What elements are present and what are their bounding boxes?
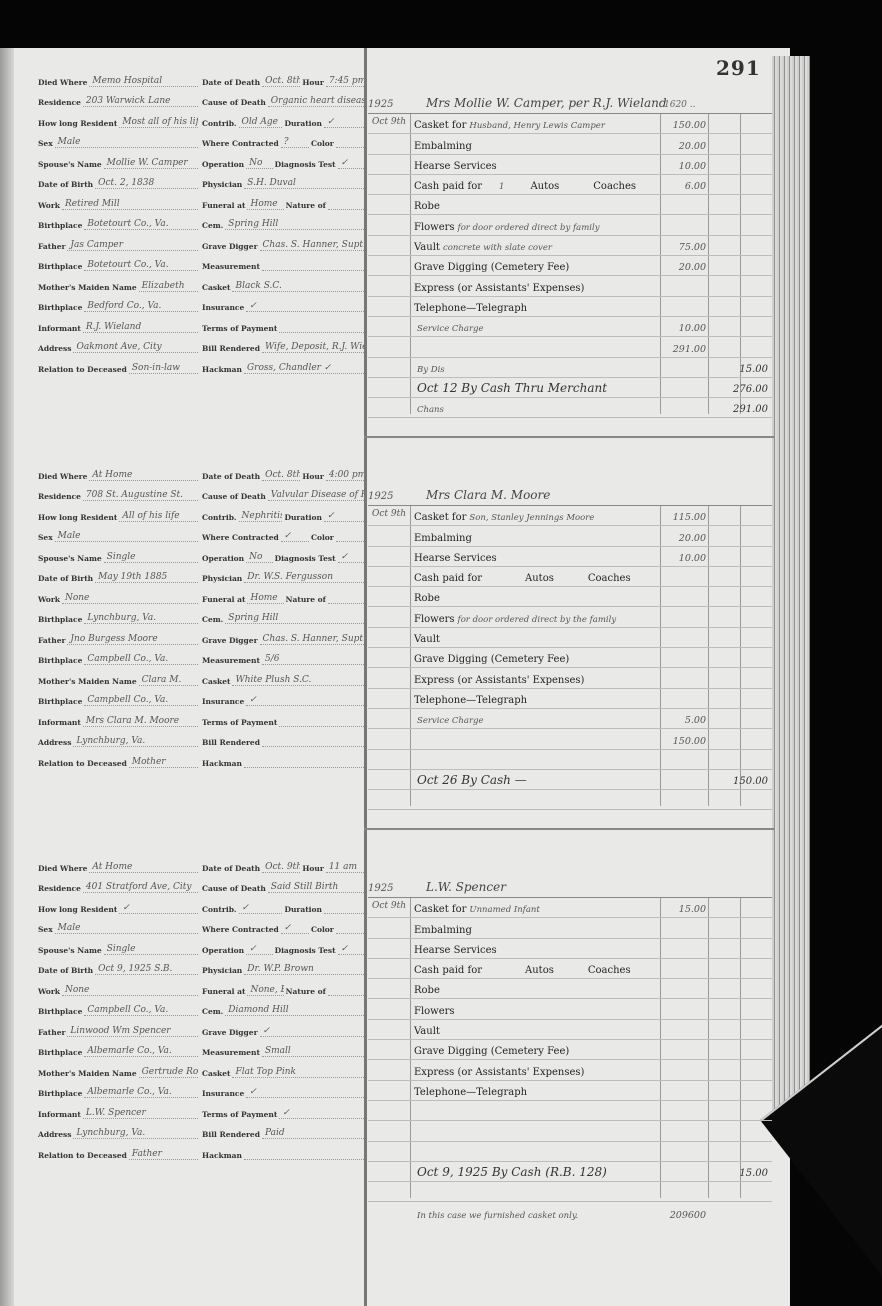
field-label: Informant [38,324,81,333]
field-label: Insurance [202,1089,244,1098]
field-value-grave-digger: Chas. S. Hanner, Supt. [260,634,364,645]
field-label: Terms of Payment [202,324,277,333]
item-label: Cash paid for [414,573,482,584]
ledger-item: Service Charge [414,323,484,334]
item-label: Vault [414,242,440,253]
charge-amount: 10.00 [658,553,706,564]
form-row: SexMaleWhere Contracted?Color [30,128,364,149]
ledger-item: Robe [414,201,440,212]
field-value-insurance: ✓ [246,1087,364,1098]
field-value-mothers-maiden-name: Elizabeth [139,281,198,292]
field-label: Where Contracted [202,139,279,148]
field-label: Date of Birth [38,966,93,975]
form-row: AddressLynchburg, Va.Bill Rendered [30,727,364,748]
field-value-hackman [244,767,364,768]
item-label: Coaches [588,573,631,584]
ledger-item: Embalming [414,533,472,544]
field-label: Spouse's Name [38,554,102,563]
field-value-measurement: Small [262,1046,364,1057]
charge-amount: 150.00 [658,120,706,131]
field-label: Birthplace [38,1048,82,1057]
item-note: Son, Stanley Jennings Moore [466,513,594,523]
field-label: Informant [38,718,81,727]
page-number: 291 [716,56,761,80]
auto-count: 1 [496,182,504,192]
ledger-item [414,1188,417,1199]
form-row: Spouse's NameMollie W. CamperOperationNo… [30,148,364,169]
field-label: Hackman [202,759,242,768]
field-label: Father [38,242,65,251]
field-value-cem: Spring Hill [225,613,364,624]
field-value-hour: 4:00 pm [326,470,364,481]
field-value-sex: Male [55,137,198,148]
form-row: BirthplaceAlbemarle Co., Va.MeasurementS… [30,1037,364,1058]
item-label: Express (or Assistants' Expenses) [414,1067,584,1078]
ledger-year: 1925 [368,99,393,110]
form-row: Mother's Maiden NameGertrude Rose Spence… [30,1057,364,1078]
payment-amount: 276.00 [708,384,768,395]
ledger-row: Oct 12 By Cash Thru Merchant276.00 [368,378,772,398]
item-label: Casket for [414,120,466,131]
field-label: Sex [38,139,53,148]
field-label: Hackman [202,365,242,374]
field-value-work: None [62,985,198,996]
item-label: Coaches [588,965,631,976]
field-value-hackman: Gross, Chandler ✓ [244,363,364,374]
field-value-spouse-name: Single [104,944,198,955]
field-label: Diagnosis Test [275,946,336,955]
field-value-date-of-birth: May 19th 1885 [95,572,198,583]
field-label: Hackman [202,1151,242,1160]
form-row: Relation to DeceasedSon-in-lawHackmanGro… [30,353,364,374]
item-note: for door ordered direct by the family [455,615,617,625]
item-label: Casket for [414,512,466,523]
ledger-row: Vaultconcrete with slate cover75.00 [368,236,772,256]
field-label: Birthplace [38,1089,82,1098]
binding-edge [0,48,14,1306]
charge-amount: 20.00 [658,141,706,152]
ledger-row: Robe [368,979,772,999]
field-value-died-where: At Home [89,862,198,873]
ledger-row: Hearse Services [368,939,772,959]
field-label: How long Resident [38,513,117,522]
account-ledger: 1925L.W. SpencerOct 9thCasket forUnnamed… [368,862,772,1202]
ledger-row [368,1121,772,1141]
ledger-row: Robe [368,195,772,215]
field-value-mother-birthplace: Campbell Co., Va. [84,695,198,706]
field-value-date-of-death: Oct. 8th [262,76,300,87]
field-label: Operation [202,554,244,563]
form-row: Mother's Maiden NameElizabethCasketBlack… [30,271,364,292]
ledger-item: Telephone—Telegraph [414,303,527,314]
form-row: BirthplaceBotetourt Co., Va.Measurement [30,251,364,272]
field-label: Hour [302,472,324,481]
field-label: Casket [202,283,230,292]
field-value-spouse-name: Single [104,552,198,563]
item-label: Cash paid for [414,181,482,192]
field-label: Nature of [286,595,326,604]
field-label: Bill Rendered [202,1130,260,1139]
item-label: Flowers [414,222,455,233]
ledger-item: Vault [414,634,443,645]
field-value-address: Oakmont Ave, City [73,342,198,353]
field-label: Cause of Death [202,98,266,107]
field-label: Operation [202,160,244,169]
ledger-item: Embalming [414,141,472,152]
field-label: Address [38,1130,71,1139]
charge-amount: 10.00 [658,323,706,334]
form-row: Died WhereAt HomeDate of DeathOct. 8thHo… [30,460,364,481]
item-note: Husband, Henry Lewis Camper [466,121,604,131]
field-value-work: Retired Mill [62,199,198,210]
form-row: BirthplaceBotetourt Co., Va.Cem.Spring H… [30,210,364,231]
field-value-informant: R.J. Wieland [83,322,198,333]
field-value-operation: No [246,552,272,563]
ledger-reference: 1620 .. [664,100,696,110]
field-label: Father [38,636,65,645]
ledger-row: Vault [368,1020,772,1040]
form-row: Date of BirthOct. 2, 1838PhysicianS.H. D… [30,169,364,190]
item-label: Telephone—Telegraph [414,695,527,706]
record-separator [364,828,774,830]
ledger-header: 1925L.W. Spencer [368,862,772,898]
footnote-text: In this case we furnished casket only. [414,1211,578,1221]
form-row: BirthplaceCampbell Co., Va.Cem.Diamond H… [30,996,364,1017]
field-label: Birthplace [38,656,82,665]
ledger-row: Oct 9thCasket forSon, Stanley Jennings M… [368,506,772,526]
field-label: Terms of Payment [202,718,277,727]
ledger-row: Chans291.00 [368,398,772,418]
field-label: Measurement [202,1048,260,1057]
handwritten-entry [414,1108,417,1118]
ledger-customer-name: Mrs Mollie W. Camper, per R.J. Wieland [426,96,667,110]
field-value-contrib: ✓ [239,903,283,914]
ledger-row: Oct 26 By Cash —150.00 [368,770,772,790]
payment-amount: 15.00 [708,1168,768,1179]
ledger-item: Oct 26 By Cash — [414,773,527,787]
field-label: Date of Death [202,78,260,87]
field-value-casket: Black S.C. [232,281,364,292]
field-label: Measurement [202,262,260,271]
item-label: Vault [414,634,440,645]
form-row: How long Resident✓Contrib.✓Duration [30,893,364,914]
ledger-row: Flowersfor door ordered direct by the fa… [368,607,772,627]
charge-amount: 6.00 [658,181,706,192]
ledger-header: 1925Mrs Clara M. Moore [368,470,772,506]
account-ledger: 1925Mrs Clara M. MooreOct 9thCasket forS… [368,470,772,820]
ledger-row [368,1101,772,1121]
field-value-father-birthplace: Albemarle Co., Va. [84,1046,198,1057]
ledger-customer-name: Mrs Clara M. Moore [426,488,550,502]
payment-amount: 150.00 [708,776,768,787]
ledger-item: Hearse Services [414,945,497,956]
field-label: Address [38,738,71,747]
form-row: SexMaleWhere Contracted✓Color [30,914,364,935]
field-value-father-birthplace: Botetourt Co., Va. [84,260,198,271]
field-value-operation: ✓ [246,944,272,955]
item-label: Telephone—Telegraph [414,303,527,314]
ledger-item: Cash paid forAutosCoaches [414,573,631,584]
charge-amount: 75.00 [658,242,706,253]
field-value-bill-rendered: Paid [262,1128,364,1139]
item-note: concrete with slate cover [440,243,552,253]
item-label: Embalming [414,141,472,152]
field-label: Funeral at [202,595,245,604]
form-row: InformantMrs Clara M. MooreTerms of Paym… [30,706,364,727]
field-value-casket: Flat Top Pink [232,1067,364,1078]
field-label: Address [38,344,71,353]
form-row: AddressOakmont Ave, CityBill RenderedWif… [30,333,364,354]
field-value-contrib: Nephritis [239,511,283,522]
charge-amount: 291.00 [658,344,706,355]
item-label: Robe [414,593,440,604]
ledger-item: Flowersfor door ordered direct by family [414,222,600,233]
record-separator [364,436,774,438]
field-label: Cause of Death [202,884,266,893]
ledger-row: Telephone—Telegraph [368,297,772,317]
field-value-physician: Dr. W.P. Brown [244,964,364,975]
handwritten-entry [414,1189,417,1199]
field-value-physician: S.H. Duval [244,178,364,189]
field-label: Relation to Deceased [38,1151,127,1160]
field-value-birthplace: Campbell Co., Va. [84,1005,198,1016]
field-value-spouse-name: Mollie W. Camper [104,158,198,169]
ledger-row: Express (or Assistants' Expenses) [368,668,772,688]
form-row: Died WhereMemo HospitalDate of DeathOct.… [30,66,364,87]
ledger-item: Grave Digging (Cemetery Fee) [414,654,569,665]
field-value-address: Lynchburg, Va. [73,736,198,747]
form-row: Relation to DeceasedFatherHackman [30,1139,364,1160]
field-label: Spouse's Name [38,160,102,169]
form-row: SexMaleWhere Contracted✓Color [30,522,364,543]
field-label: Sex [38,925,53,934]
ledger-item [414,796,417,807]
item-label: Robe [414,985,440,996]
field-value-mother-birthplace: Albemarle Co., Va. [84,1087,198,1098]
item-label: Autos [525,965,554,976]
form-row: BirthplaceAlbemarle Co., Va.Insurance✓ [30,1078,364,1099]
form-row: Residence401 Stratford Ave, CityCause of… [30,873,364,894]
handwritten-entry: Oct 9, 1925 By Cash (R.B. 128) [414,1165,607,1179]
field-label: Diagnosis Test [275,160,336,169]
field-label: Date of Death [202,472,260,481]
handwritten-entry: Oct 12 By Cash Thru Merchant [414,381,607,395]
ledger-row: Flowersfor door ordered direct by family [368,215,772,235]
item-label: Vault [414,1026,440,1037]
field-label: Insurance [202,697,244,706]
field-label: Casket [202,1069,230,1078]
handwritten-entry: Oct 26 By Cash — [414,773,527,787]
field-value-where-contracted: ? [281,137,309,148]
ledger-row: Embalming20.00 [368,526,772,546]
form-row: WorkRetired MillFuneral atHomeNature of [30,189,364,210]
item-label: Embalming [414,925,472,936]
item-note: for door ordered direct by family [455,223,600,233]
field-value-sex: Male [55,531,198,542]
field-label: Birthplace [38,262,82,271]
field-value-relation-to-deceased: Father [129,1149,198,1160]
field-label: Contrib. [202,905,237,914]
field-value-residence: 708 St. Augustine St. [83,490,198,501]
field-value-father: Jas Camper [67,240,198,251]
field-label: Funeral at [202,201,245,210]
handwritten-entry: By Dis [414,365,445,375]
item-label: Hearse Services [414,161,497,172]
payment-amount: 291.00 [708,404,768,415]
ledger-item [414,756,417,767]
footnote-amount: 209600 [658,1210,706,1221]
field-label: Work [38,595,60,604]
field-value-cause-of-death: Valvular Disease of Heart [268,490,364,501]
field-label: Cem. [202,615,223,624]
field-label: Died Where [38,78,87,87]
ledger-row: Service Charge5.00 [368,709,772,729]
form-row: How long ResidentMost all of his lifeCon… [30,107,364,128]
field-label: Terms of Payment [202,1110,277,1119]
form-row: InformantR.J. WielandTerms of Payment [30,312,364,333]
field-label: Date of Birth [38,180,93,189]
field-value-operation: No [246,158,272,169]
field-label: Date of Death [202,864,260,873]
field-label: Died Where [38,472,87,481]
form-row: BirthplaceBedford Co., Va.Insurance✓ [30,292,364,313]
item-label: Embalming [414,533,472,544]
form-row: WorkNoneFuneral atNone, BuriedNature of [30,975,364,996]
ledger-item: Express (or Assistants' Expenses) [414,283,584,294]
form-row: Spouse's NameSingleOperationNoDiagnosis … [30,542,364,563]
item-note [440,635,443,645]
ledger-item: Cash paid for1AutosCoaches [414,181,636,192]
payment-amount: 15.00 [708,364,768,375]
ledger-row [368,750,772,770]
field-value-birthplace: Lynchburg, Va. [84,613,198,624]
field-value-relation-to-deceased: Mother [129,757,198,768]
item-label: Telephone—Telegraph [414,1087,527,1098]
charge-amount: 5.00 [658,715,706,726]
item-label: Robe [414,201,440,212]
field-value-cem: Diamond Hill [225,1005,364,1016]
ledger-item: Hearse Services [414,553,497,564]
form-row: FatherJas CamperGrave DiggerChas. S. Han… [30,230,364,251]
item-note: Unnamed Infant [466,905,539,915]
field-value-hackman [244,1159,364,1160]
field-label: Informant [38,1110,81,1119]
entry-date: Oct 9th [372,509,406,519]
field-label: Contrib. [202,513,237,522]
field-label: Color [311,139,334,148]
ledger-item: Express (or Assistants' Expenses) [414,1067,584,1078]
field-value-residence: 203 Warwick Lane [83,96,198,107]
field-label: Birthplace [38,303,82,312]
ledger-row: Grave Digging (Cemetery Fee)20.00 [368,256,772,276]
field-value-hour: 7:45 pm [326,76,364,87]
field-value-duration: ✓ [324,511,364,522]
form-row: BirthplaceCampbell Co., Va.Measurement5/… [30,645,364,666]
field-value-where-contracted: ✓ [281,531,309,542]
field-label: Residence [38,492,81,501]
form-row: Relation to DeceasedMotherHackman [30,747,364,768]
field-value-died-where: At Home [89,470,198,481]
field-value-father-birthplace: Campbell Co., Va. [84,654,198,665]
ledger-item: Hearse Services [414,161,497,172]
auto-count [496,574,499,584]
ledger-row: By Dis15.00 [368,358,772,378]
ledger-item: Casket forHusband, Henry Lewis Camper [414,120,605,131]
field-label: Father [38,1028,65,1037]
field-label: Physician [202,180,242,189]
ledger-row: Telephone—Telegraph [368,689,772,709]
field-value-insurance: ✓ [246,695,364,706]
field-label: Sex [38,533,53,542]
field-value-diagnosis-test: ✓ [338,944,364,955]
field-label: Diagnosis Test [275,554,336,563]
item-label: Autos [525,573,554,584]
field-label: Funeral at [202,987,245,996]
field-label: Relation to Deceased [38,365,127,374]
ledger-item: Vault [414,1026,443,1037]
field-label: Hour [302,78,324,87]
field-value-where-contracted: ✓ [281,923,309,934]
charge-amount: 10.00 [658,161,706,172]
ledger-item: Telephone—Telegraph [414,695,527,706]
field-label: Insurance [202,303,244,312]
ledger-row: Embalming [368,918,772,938]
field-value-measurement: 5/6 [262,654,364,665]
ledger-item: Oct 12 By Cash Thru Merchant [414,381,607,395]
form-row: AddressLynchburg, Va.Bill RenderedPaid [30,1119,364,1140]
ledger-item: Telephone—Telegraph [414,1087,527,1098]
item-label: Grave Digging (Cemetery Fee) [414,262,569,273]
field-label: Cem. [202,1007,223,1016]
charge-amount: 15.00 [658,904,706,915]
field-label: Physician [202,574,242,583]
ledger-item: By Dis [414,364,445,375]
form-row: InformantL.W. SpencerTerms of Payment✓ [30,1098,364,1119]
field-label: Relation to Deceased [38,759,127,768]
ledger-row: 150.00 [368,729,772,749]
field-value-diagnosis-test: ✓ [338,158,364,169]
field-label: Contrib. [202,119,237,128]
field-value-date-of-death: Oct. 8th [262,470,300,481]
ledger-year: 1925 [368,491,393,502]
charge-amount: 20.00 [658,533,706,544]
ledger-item [414,1148,417,1159]
handwritten-entry: Service Charge [414,716,484,726]
ledger-item [414,1107,417,1118]
ledger-row: Grave Digging (Cemetery Fee) [368,1040,772,1060]
field-label: Work [38,987,60,996]
field-label: Casket [202,677,230,686]
field-value-bill-rendered: Wife, Deposit, R.J. Wieland [262,342,364,353]
field-value-hour: 11 am [326,862,364,873]
field-label: Mother's Maiden Name [38,1069,137,1078]
field-label: Physician [202,966,242,975]
item-label: Grave Digging (Cemetery Fee) [414,654,569,665]
field-label: Duration [284,905,322,914]
field-value-birthplace: Botetourt Co., Va. [84,219,198,230]
item-label: Cash paid for [414,965,482,976]
ledger-item: Express (or Assistants' Expenses) [414,675,584,686]
field-value-informant: Mrs Clara M. Moore [83,716,198,727]
field-value-casket: White Plush S.C. [232,675,364,686]
form-row: WorkNoneFuneral atHomeNature of [30,583,364,604]
record-form: Died WhereAt HomeDate of DeathOct. 9thHo… [30,852,364,1160]
field-label: Nature of [286,201,326,210]
field-label: Residence [38,884,81,893]
form-row: Died WhereAt HomeDate of DeathOct. 9thHo… [30,852,364,873]
item-label: Hearse Services [414,553,497,564]
ledger-row: Cash paid forAutosCoaches [368,959,772,979]
